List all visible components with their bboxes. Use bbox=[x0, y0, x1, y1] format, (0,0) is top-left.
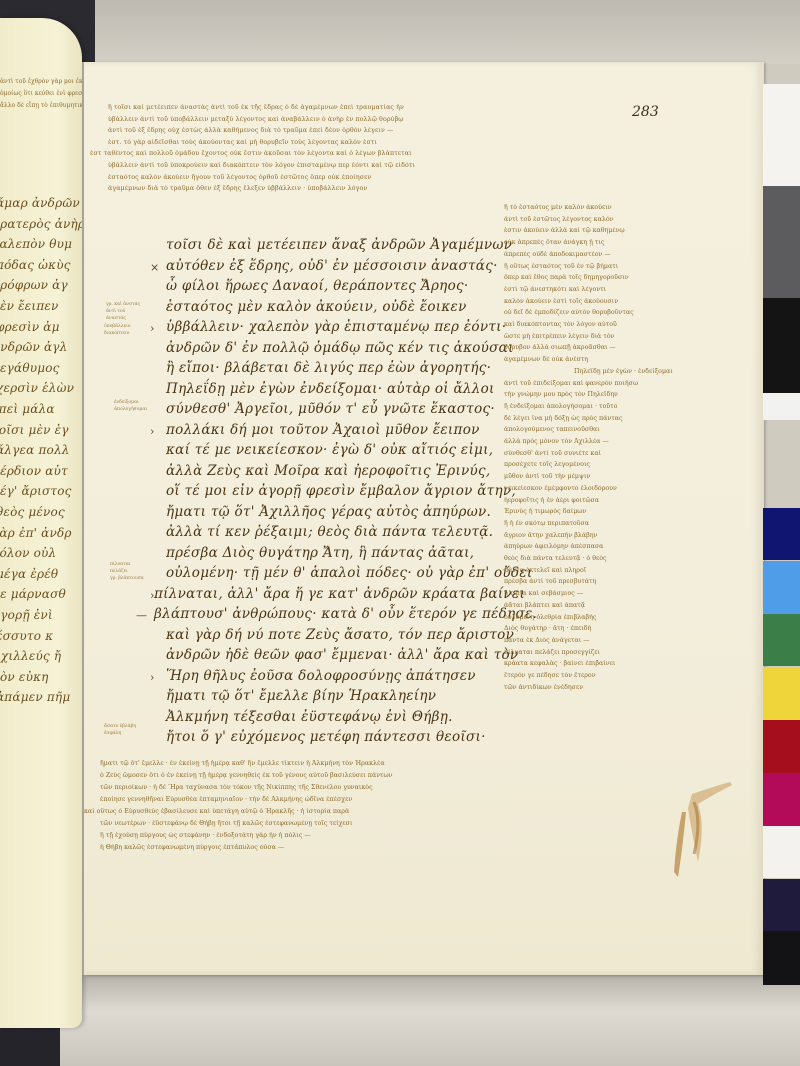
left-page-text-line: τοῖσι μὲν ἐγ bbox=[0, 423, 69, 437]
scholion-right-line: ἄγριον ἄτην χαλεπὴν βλάβην bbox=[504, 532, 654, 539]
manuscript-page: 283 ἢ τοῖσι καὶ μετέειπεν ἀναστὰς ἀντὶ τ… bbox=[84, 62, 764, 975]
color-patch-black bbox=[763, 298, 800, 393]
scholion-right-line: καὶ διακόπτοντας τὸν λόγον αὐτοῦ bbox=[504, 321, 654, 328]
scholion-top-line: ἑστ. τὸ γὰρ αἰδεῖσθαι τοὺς ἀκούοντας καὶ… bbox=[108, 139, 628, 146]
scholion-right-line: ἢ τὸ ἑσταότος μὲν καλὸν ἀκούειν bbox=[504, 204, 654, 211]
scholion-right-line: μῦθον ἀντὶ τοῦ τὴν μέμψιν bbox=[504, 473, 654, 480]
main-text-line: ὑββάλλειν· χαλεπὸν γὰρ ἐπισταμένῳ περ ἐό… bbox=[166, 319, 506, 335]
main-text-line: ἀλλὰ Ζεὺς καὶ Μοῖρα καὶ ἠεροφοῖτις Ἐρινύ… bbox=[166, 463, 491, 479]
critical-sign: › bbox=[150, 322, 154, 335]
left-page-text-line: Ἀχιλλεύς ἤ bbox=[0, 649, 61, 663]
left-page-text-line: γὰρ ἐπ' ἀνδρ bbox=[0, 526, 72, 540]
scholion-left-margin: ἐνδείξομαι bbox=[114, 400, 139, 405]
color-patch-mid-gray bbox=[763, 186, 800, 298]
scholion-bottom-line: ἐποίησε γεννηθῆναι Εὐρυσθέα ἑπταμηνιαῖον… bbox=[100, 796, 660, 803]
main-text-line: σύνθεσθ' Ἀργεῖοι, μῦθόν τ' εὖ γνῶτε ἕκασ… bbox=[166, 401, 495, 417]
scholion-bottom-line: τῶν περιοίκων · ἡ δὲ Ἥρα ταχύνασα τὸν τό… bbox=[100, 784, 660, 791]
scholion-right-line: ἠεροφοῖτις ἡ ἐν ἀέρι φοιτῶσα bbox=[504, 497, 654, 504]
critical-sign: × bbox=[150, 261, 159, 274]
scholion-right-line: Διὸς θυγάτηρ · ἄτη · ἐπειδὴ bbox=[504, 625, 654, 632]
main-text-line: ἤματι τῷ ὅτ' ἔμελλε βίην Ἡρακληείην bbox=[166, 688, 436, 704]
main-text-line: Ἀλκμήνη τέξεσθαι ἐϋστεφάνῳ ἐνὶ Θήβῃ. bbox=[166, 709, 453, 725]
scholion-right-line: ἀᾶται βλάπτει καὶ ἀπατᾷ bbox=[504, 602, 654, 609]
background-cradle-bottom bbox=[0, 975, 800, 1066]
left-page-text-line: μέγα ἐρέθ bbox=[0, 567, 58, 581]
left-page-text-line: ἄλγεα πολλ bbox=[0, 443, 70, 457]
scholion-bottom-line: ἡ Θήβη καλῶς ἐστεφανωμένη πύργοις ἐπτάπυ… bbox=[100, 844, 660, 851]
left-page-text-line: χερσὶν ἑλὼν bbox=[0, 381, 74, 395]
scholion-right-line: ἀντὶ τοῦ ἐπιδείξομαι καὶ φανερὸν ποιήσω bbox=[504, 380, 654, 387]
scholion-right-line: οὐλομένη ὀλεθρία ἐπιβλαβής bbox=[504, 614, 654, 621]
scholion-right-line: Πηλεΐδῃ μὲν ἐγὼν · ἐνδείξομαι bbox=[574, 368, 724, 375]
scholion-top-line: ἢ τοῖσι καὶ μετέειπεν ἀναστὰς ἀντὶ τοῦ ἐ… bbox=[108, 104, 628, 111]
scholion-right-line: ἀπολογούμενος ταπεινοῦσθαι bbox=[504, 426, 654, 433]
water-stain bbox=[664, 782, 734, 892]
color-patch-black-2 bbox=[763, 931, 800, 985]
left-page-scholion: ἀντὶ τοῦ ἐχθρὸν γὰρ μοι ἐκεῖνος bbox=[0, 78, 82, 85]
main-text-line: πρέσβα Διὸς θυγάτηρ Ἄτη, ἣ πάντας ἀᾶται, bbox=[166, 545, 474, 561]
color-patch-red bbox=[763, 720, 800, 773]
left-page-text-line: θεὸς μένος bbox=[0, 505, 65, 519]
scholion-left-margin: πίλναται bbox=[110, 562, 131, 567]
scholion-bottom-line: καὶ οὕτως ὁ Εὐρυσθεὺς ἐβασίλευσε καὶ ὑπε… bbox=[84, 808, 644, 815]
main-text-line: ὦ φίλοι ἥρωες Δαναοί, θεράποντες Ἄρηος· bbox=[166, 278, 468, 294]
left-page-text-line: ἀνδρῶν ἀγλ bbox=[0, 340, 67, 354]
left-page-text-line: κέρδιον αὐτ bbox=[0, 464, 68, 478]
scholion-left-margin: πελάζει bbox=[110, 569, 128, 574]
critical-sign: › bbox=[150, 671, 154, 684]
main-text-line: ἑσταότος μὲν καλὸν ἀκούειν, οὐδὲ ἔοικεν bbox=[166, 299, 467, 315]
scholion-right-line: θόρυβον ἀλλὰ σιωπῇ ἀκροᾶσθαι — bbox=[504, 344, 654, 351]
scholion-bottom-line: τῶν νεωτέρων · ἐϋστεφάνῳ δὲ Θήβῃ ἤτοι τῇ… bbox=[100, 820, 660, 827]
left-page-text-line: κε μάρνασθ bbox=[0, 587, 66, 601]
left-page-text-line: χόλον οὐλ bbox=[0, 546, 56, 560]
scholion-top-line: ὑβὰλλειν ἀντὶ τοῦ ὑποβάλλειν μεταξὺ λέγο… bbox=[108, 116, 628, 123]
main-text-line: ἤματι τῷ ὅτ' Ἀχιλλῆος γέρας αὐτὸς ἀπηύρω… bbox=[166, 504, 491, 520]
left-page-edge: ἀντὶ τοῦ ἐχθρὸν γὰρ μοι ἐκεῖνος ὁμοίως ὅ… bbox=[0, 18, 82, 1028]
main-text-line: οἵ τέ μοι εἰν ἀγορῇ φρεσὶν ἔμβαλον ἄγριο… bbox=[166, 483, 516, 499]
scholion-right-line: πίλναται πελάζει προσεγγίζει bbox=[504, 649, 654, 656]
scholion-right-line: ἀπρεπὲς οὐδὲ ἀποδοκιμαστέον — bbox=[504, 251, 654, 258]
scholion-top-line: ἑσταότος καλὸν ἀκούειν ἤγουν τοῦ λέγοντο… bbox=[108, 174, 628, 181]
left-page-text-line: μεγάθυμος bbox=[0, 361, 60, 375]
scholion-left-margin: διακόπτειν bbox=[104, 331, 129, 336]
color-patch-navy bbox=[763, 879, 800, 931]
main-text-line: ἤτοι ὅ γ' εὐχόμενος μετέφη πάντεσσι θεοῖ… bbox=[166, 729, 486, 745]
main-text-line: καὶ γὰρ δή νύ ποτε Ζεὺς ἄσατο, τόν περ ἄ… bbox=[166, 627, 514, 643]
scholion-left-margin: ἄσατο ἐβλάβη bbox=[104, 724, 136, 729]
scholion-right-line: κράατα κεφαλὰς · βαίνει ἐπιβαίνει bbox=[504, 660, 654, 667]
scholion-bottom-line: ἤματι τῷ ὅτ' ἔμελλε · ἐν ἐκείνῃ τῇ ἡμέρᾳ… bbox=[100, 760, 660, 767]
scholion-right-line: ἀπηύρων ἀφειλόμην ἀπέσπασα bbox=[504, 543, 654, 550]
left-page-text-line: ἐπεὶ μάλα bbox=[0, 402, 55, 416]
scholion-right-line: ἢ ἡ ἐν σκότῳ περιπατοῦσα bbox=[504, 520, 654, 527]
left-page-text-line: μέγ' ἄριστος bbox=[0, 484, 72, 498]
left-page-text-line: ἀπάμεν πῆμ bbox=[0, 690, 70, 704]
main-text-line: καί τέ με νεικείεσκον· ἐγὼ δ' οὐκ αἴτιός… bbox=[166, 442, 493, 458]
scholion-left-margin: ἀναστάς bbox=[106, 316, 126, 321]
scholion-right-line: οὐ δεῖ δὲ ἐμποδίζειν αὐτὸν θορυβοῦντας bbox=[504, 309, 654, 316]
scholion-right-line: ἕτερόν γε πέδησε τὸν ἕτερον bbox=[504, 672, 654, 679]
color-patch-white-2 bbox=[763, 826, 800, 878]
critical-sign: › bbox=[150, 425, 154, 438]
scholion-right-line: θεὸς διὰ πάντα τελευτᾷ · ὁ θεὸς bbox=[504, 555, 654, 562]
color-patch-magenta bbox=[763, 773, 800, 826]
color-patch-green bbox=[763, 614, 800, 666]
main-text-line: ἢ εἴποι· βλάβεται δὲ λιγύς περ ἐὼν ἀγορη… bbox=[166, 360, 491, 376]
main-text-line: ἀνδρῶν δ' ἐν πολλῷ ὁμάδῳ πῶς κέν τις ἀκο… bbox=[166, 340, 514, 356]
scholion-right-line: καλὸν ἀκούειν ἐστὶ τοῖς ἀκούουσιν bbox=[504, 298, 654, 305]
scholion-right-line: τὴν γνώμην μου πρὸς τὸν Πηλεΐδην bbox=[504, 391, 654, 398]
scholion-right-line: ἀγαμέμνων δὲ οὐκ ἀνέστη bbox=[504, 356, 654, 363]
color-patch-blue bbox=[763, 508, 800, 560]
scholion-left-margin: ἐσφάλη bbox=[104, 731, 121, 736]
scholion-bottom-line: ὁ Ζεὺς ὤμοσεν ὅτι ὁ ἐν ἐκείνῃ τῇ ἡμέρᾳ γ… bbox=[100, 772, 660, 779]
scholion-top-line: ἀντὶ τοῦ ἐξ ἕδρης οὐχ ἑστὼς ἀλλὰ καθήμεν… bbox=[108, 127, 628, 134]
scholion-right-line: ἀντὶ τοῦ ἑστῶτος λέγοντος καλόν bbox=[504, 216, 654, 223]
scholion-left-margin: γρ. καὶ ἀνστάς bbox=[106, 302, 140, 307]
scholion-top-line: ἀγαμέμνων διὰ τὸ τραῦμα ὅθεν ἐξ ἕδρης ἔλ… bbox=[108, 185, 628, 192]
scholion-left-margin: ἀντὶ τοῦ bbox=[106, 309, 125, 314]
scholion-right-line: πάντα ἐκτελεῖ καὶ πληροῖ bbox=[504, 567, 654, 574]
scholion-right-line: δὲ λέγει ἵνα μὴ δόξῃ ὡς πρὸς πάντας bbox=[504, 415, 654, 422]
color-patch-yellow bbox=[763, 667, 800, 720]
left-page-text-line: ἄμαρ ἀνδρῶν bbox=[0, 196, 80, 210]
main-text-line: ἀλλὰ τί κεν ῥέξαιμι; θεὸς διὰ πάντα τελε… bbox=[166, 524, 493, 540]
left-page-text-line: μὲν ἔειπεν bbox=[0, 299, 59, 313]
left-page-text-line: πρόφρων ἀγ bbox=[0, 278, 68, 292]
main-text-line: τοῖσι δὲ καὶ μετέειπεν ἄναξ ἀνδρῶν Ἀγαμέ… bbox=[166, 237, 512, 253]
scholion-right-line: ἐστὶ τῷ ἀνεστηκότι καὶ λέγοντι bbox=[504, 286, 654, 293]
scholion-top-line: ἑστ ταθέντος καὶ πολλοῦ ὁμάδου ἔχοντος ο… bbox=[90, 150, 610, 157]
main-text-line: Ἥρη θῆλυς ἐοῦσα δολοφροσύνῃς ἀπάτησεν bbox=[166, 668, 476, 684]
main-text-line: πίλναται, ἀλλ' ἄρα ἥ γε κατ' ἀνδρῶν κράα… bbox=[154, 586, 525, 602]
scholion-right-line: σύνθεσθ' ἀντὶ τοῦ συνιέτε καὶ bbox=[504, 450, 654, 457]
background-cradle bbox=[95, 0, 800, 64]
scholion-right-line: ἐστιν ἀκούειν ἀλλὰ καὶ τῷ καθημένῳ bbox=[504, 227, 654, 234]
scholion-right-line: ὥστε μὴ ἐπιτρέπειν λέγειν διὰ τὸν bbox=[504, 333, 654, 340]
critical-sign: › bbox=[150, 589, 154, 602]
scholion-top-line: ὑβάλλειν ἀντὶ τοῦ ὑποκρούειν καὶ διακόπτ… bbox=[108, 162, 628, 169]
left-page-text-line: χαλεπὸν θυμ bbox=[0, 237, 72, 251]
scholion-right-line: προσέχετε τοῖς λεγομένοις bbox=[504, 461, 654, 468]
scholion-right-line: ὅπερ καὶ ἔθος παρὰ τοῖς δημηγοροῦσιν bbox=[504, 274, 654, 281]
left-page-scholion: ὁμοίως ὅτι κεύθει ἐνὶ φρεσὶν bbox=[0, 90, 82, 97]
main-text-line: βλάπτουσ' ἀνθρώπους· κατὰ δ' οὖν ἕτερόν … bbox=[154, 606, 537, 622]
left-page-scholion: ἄλλο δὲ εἴπῃ τὸ ἐπιθυμητικόν bbox=[0, 102, 82, 109]
scholion-left-margin: γρ. βλάπτουσα bbox=[110, 576, 144, 581]
left-page-text-line: φρεσὶν ἀμ bbox=[0, 320, 60, 334]
scholion-right-line: πρέσβα ἀντὶ τοῦ πρεσβυτάτη bbox=[504, 578, 654, 585]
scholion-right-line: ἀλλὰ πρὸς μόνον τὸν Ἀχιλλέα — bbox=[504, 438, 654, 445]
scholion-left-margin: ἀπολογήσομαι bbox=[114, 407, 147, 412]
left-page-text-line: πόδας ὠκὺς bbox=[0, 258, 71, 272]
left-page-text-line: ἀγορῇ ἐνὶ bbox=[0, 608, 53, 622]
color-patch-white bbox=[763, 84, 800, 186]
scholion-right-line: οὐκ ἀπρεπὲς ὅταν ἀνάγκη ᾖ τις bbox=[504, 239, 654, 246]
color-patch-white-scale bbox=[763, 393, 800, 420]
scholion-right-line: νεικείεσκον ἐμέμφοντο ἐλοιδόρουν bbox=[504, 485, 654, 492]
critical-sign: — bbox=[136, 609, 147, 622]
scholion-right-line: ἢ τιμία καὶ σεβάσμιος — bbox=[504, 590, 654, 597]
scholion-right-line: τῶν ἀντιδίκων ἐνέδησεν bbox=[504, 684, 654, 691]
scholion-right-line: ἢ οὕτως ἑσταότος τοῦ ἐν τῷ βήματι bbox=[504, 263, 654, 270]
page-number: 283 bbox=[632, 104, 659, 120]
scholion-right-line: Ἐρινὺς ἡ τιμωρὸς δαίμων bbox=[504, 508, 654, 515]
scholion-right-line: πάντα ἐκ Διὸς ἀνάγεται — bbox=[504, 637, 654, 644]
left-page-text-line: κρατερὸς ἀνὴρ bbox=[0, 217, 82, 231]
scholion-right-line: ἢ ἐνδείξομαι ἀπολογήσομαι · τοῦτο bbox=[504, 403, 654, 410]
left-page-text-line: ἔσσυτο κ bbox=[0, 629, 53, 643]
main-text-line: ἀνδρῶν ἠδὲ θεῶν φασ' ἔμμεναι· ἀλλ' ἄρα κ… bbox=[166, 647, 518, 663]
main-text-line: Πηλεΐδῃ μὲν ἐγὼν ἐνδείξομαι· αὐτὰρ οἱ ἄλ… bbox=[166, 381, 495, 397]
scholion-left-margin: ὑποβάλλειν bbox=[104, 324, 131, 329]
main-text-line: αὐτόθεν ἐξ ἕδρης, οὐδ' ἐν μέσσοισιν ἀνασ… bbox=[166, 258, 498, 274]
left-page-text-line: μὸν εὐκη bbox=[0, 670, 49, 684]
scholion-bottom-line: ἢ τῇ ἐχούσῃ πύργους ὡς στεφάνην · ἐνδοξο… bbox=[100, 832, 660, 839]
main-text-line: οὐλομένη· τῇ μέν θ' ἁπαλοὶ πόδες· οὐ γὰρ… bbox=[166, 565, 532, 581]
main-text-line: πολλάκι δή μοι τοῦτον Ἀχαιοὶ μῦθον ἔειπο… bbox=[166, 422, 480, 438]
color-patch-cyan-blue bbox=[763, 561, 800, 614]
